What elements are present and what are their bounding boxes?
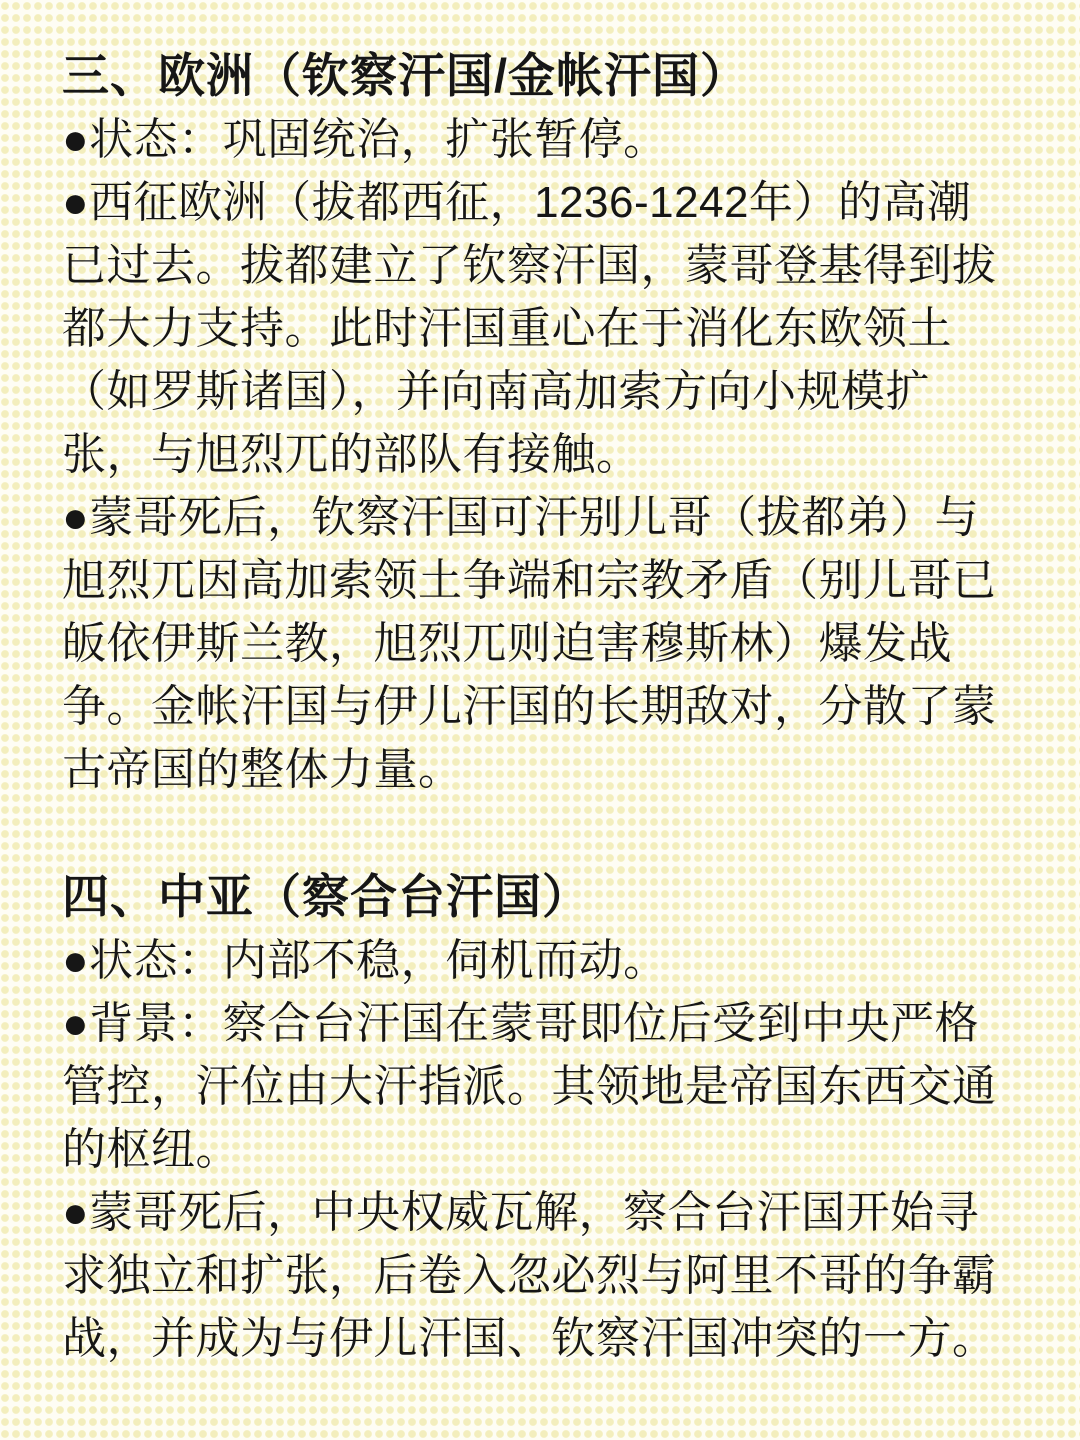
text-line: ●状态：内部不稳，伺机而动。 <box>62 929 1060 992</box>
section-heading: 三、欧洲（钦察汗国/金帐汗国） <box>62 44 1060 108</box>
text-line: ●蒙哥死后，钦察汗国可汗别儿哥（拔都弟）与 <box>62 486 1060 549</box>
text-line: 争。金帐汗国与伊儿汗国的长期敌对，分散了蒙 <box>62 675 1060 738</box>
text-line: 管控，汗位由大汗指派。其领地是帝国东西交通 <box>62 1055 1060 1118</box>
text-line: 求独立和扩张，后卷入忽必烈与阿里不哥的争霸 <box>62 1244 1060 1307</box>
text-line: 皈依伊斯兰教，旭烈兀则迫害穆斯林）爆发战 <box>62 612 1060 675</box>
text-line: 战，并成为与伊儿汗国、钦察汗国冲突的一方。 <box>62 1307 1060 1370</box>
section-heading: 四、中亚（察合台汗国） <box>62 865 1060 929</box>
text-line: ●蒙哥死后，中央权威瓦解，察合台汗国开始寻 <box>62 1181 1060 1244</box>
text-line: 都大力支持。此时汗国重心在于消化东欧领土 <box>62 297 1060 360</box>
text-line: 古帝国的整体力量。 <box>62 738 1060 801</box>
text-line: 的枢纽。 <box>62 1118 1060 1181</box>
section-central-asia-chagatai: 四、中亚（察合台汗国） ●状态：内部不稳，伺机而动。 ●背景：察合台汗国在蒙哥即… <box>62 865 1060 1370</box>
text-line: ●状态：巩固统治，扩张暂停。 <box>62 108 1060 171</box>
text-line: 已过去。拔都建立了钦察汗国，蒙哥登基得到拔 <box>62 234 1060 297</box>
section-europe-golden-horde: 三、欧洲（钦察汗国/金帐汗国） ●状态：巩固统治，扩张暂停。 ●西征欧洲（拔都西… <box>62 44 1060 801</box>
text-line: ●背景：察合台汗国在蒙哥即位后受到中央严格 <box>62 992 1060 1055</box>
text-line: 张，与旭烈兀的部队有接触。 <box>62 423 1060 486</box>
text-line: （如罗斯诸国），并向南高加索方向小规模扩 <box>62 360 1060 423</box>
text-line: 旭烈兀因高加索领土争端和宗教矛盾（别儿哥已 <box>62 549 1060 612</box>
text-line: ●西征欧洲（拔都西征，1236-1242年）的高潮 <box>62 171 1060 234</box>
note-card-page: 三、欧洲（钦察汗国/金帐汗国） ●状态：巩固统治，扩张暂停。 ●西征欧洲（拔都西… <box>0 0 1080 1440</box>
note-card-content: 三、欧洲（钦察汗国/金帐汗国） ●状态：巩固统治，扩张暂停。 ●西征欧洲（拔都西… <box>0 0 1080 1370</box>
